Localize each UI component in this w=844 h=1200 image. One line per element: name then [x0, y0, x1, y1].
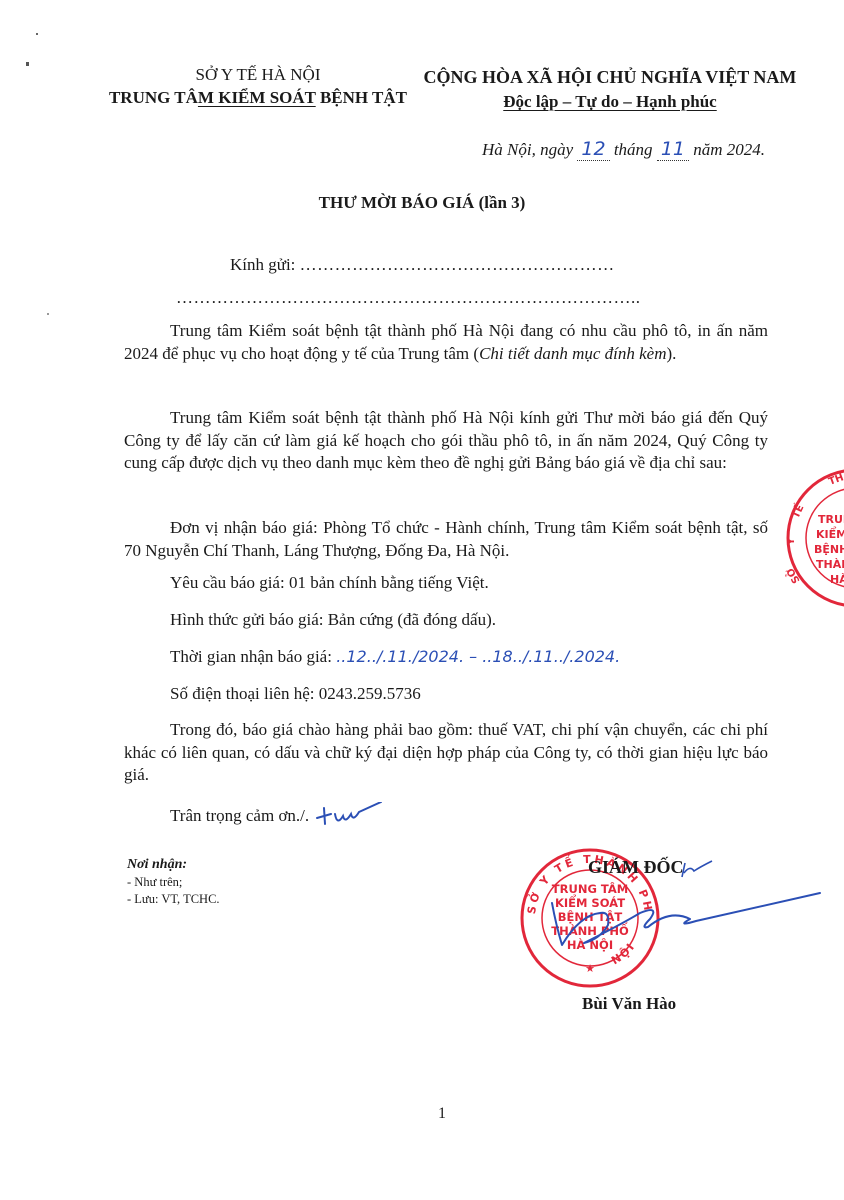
paragraph-phone: Số điện thoại liên hệ: 0243.259.5736 — [124, 683, 768, 706]
date-year: năm 2024. — [693, 140, 765, 159]
paragraph-invitation: Trung tâm Kiểm soát bệnh tật thành phố H… — [124, 407, 768, 475]
scan-speck — [36, 33, 38, 35]
scan-speck — [47, 313, 49, 315]
time-label: Thời gian nhận báo giá: — [170, 647, 336, 666]
date-day: 12 — [577, 138, 609, 161]
document-title: THƯ MỜI BÁO GIÁ (lần 3) — [0, 193, 844, 213]
scan-speck — [26, 62, 29, 66]
org-name-part: BỆNH TẬT — [316, 88, 407, 107]
recipient-label: Kính gửi: — [230, 255, 300, 274]
svg-text:HÀ: HÀ — [830, 573, 844, 586]
paragraph-closing: Trân trọng cảm ơn./. — [124, 802, 768, 832]
svg-text:KIỂM: KIỂM — [816, 526, 844, 541]
initial-signature-icon — [315, 802, 385, 832]
signer-name: Bùi Văn Hào — [582, 994, 676, 1014]
svg-text:Y: Y — [786, 537, 797, 546]
national-title: CỘNG HÒA XÃ HỘI CHỦ NGHĨA VIỆT NAM — [410, 66, 810, 88]
recipient-item: - Như trên; — [127, 874, 220, 891]
paragraph-italic: Chi tiết danh mục đính kèm — [479, 344, 666, 363]
department-name: SỞ Y TẾ HÀ NỘI — [88, 64, 428, 86]
organization-name: TRUNG TÂM KIỂM SOÁT BỆNH TẬT — [88, 87, 428, 109]
signature-icon — [500, 855, 830, 965]
stamp-partial-icon: THÀN TẾ Y SỞ TRUN KIỂM BỆNH THÀN HÀ — [778, 463, 844, 613]
date-month: 11 — [657, 138, 689, 161]
paragraph-need: Trung tâm Kiểm soát bệnh tật thành phố H… — [124, 320, 768, 365]
recipients-block: Nơi nhận: - Như trên; - Lưu: VT, TCHC. — [127, 856, 220, 908]
svg-text:THÀN: THÀN — [827, 465, 844, 488]
svg-text:BỆNH: BỆNH — [814, 543, 844, 556]
svg-text:SỞ: SỞ — [782, 565, 802, 586]
paragraph-requirement: Yêu cầu báo giá: 01 bản chính bằng tiếng… — [124, 572, 768, 595]
header-left: SỞ Y TẾ HÀ NỘI TRUNG TÂM KIỂM SOÁT BỆNH … — [88, 64, 428, 109]
recipient-dots: ……………………………………………… — [300, 255, 615, 274]
recipients-title: Nơi nhận: — [127, 856, 220, 874]
svg-text:THÀN: THÀN — [816, 558, 844, 571]
paragraph-conditions: Trong đó, báo giá chào hàng phải bao gồm… — [124, 719, 768, 787]
closing-text: Trân trọng cảm ơn./. — [170, 806, 309, 825]
svg-text:TRUN: TRUN — [818, 513, 844, 526]
page-number: 1 — [0, 1105, 844, 1123]
paragraph-text: ). — [667, 344, 677, 363]
org-name-part: TRUNG TÂ — [109, 88, 198, 107]
paragraph-time: Thời gian nhận báo giá: ..12../.11./2024… — [124, 646, 768, 669]
recipient-line: Kính gửi: ……………………………………………… — [230, 254, 615, 276]
paragraph-format: Hình thức gửi báo giá: Bản cứng (đã đóng… — [124, 609, 768, 632]
national-motto: Độc lập – Tự do – Hạnh phúc — [410, 91, 810, 113]
time-handwritten: ..12../.11./2024. – ..18../.11../.2024. — [336, 647, 620, 666]
date-line: Hà Nội, ngày 12 tháng 11 năm 2024. — [482, 138, 802, 161]
recipient-item: - Lưu: VT, TCHC. — [127, 891, 220, 908]
motto-text: Độc lập – Tự do – Hạnh phúc — [503, 92, 716, 111]
date-prefix: Hà Nội, ngày — [482, 140, 573, 159]
recipient-dots-line2: …………………………………………………………………….. — [176, 287, 641, 309]
org-name-underlined: M KIỂM SOÁT — [198, 88, 316, 107]
paragraph-receiving-unit: Đơn vị nhận báo giá: Phòng Tổ chức - Hàn… — [124, 517, 768, 562]
date-month-label: tháng — [614, 140, 653, 159]
